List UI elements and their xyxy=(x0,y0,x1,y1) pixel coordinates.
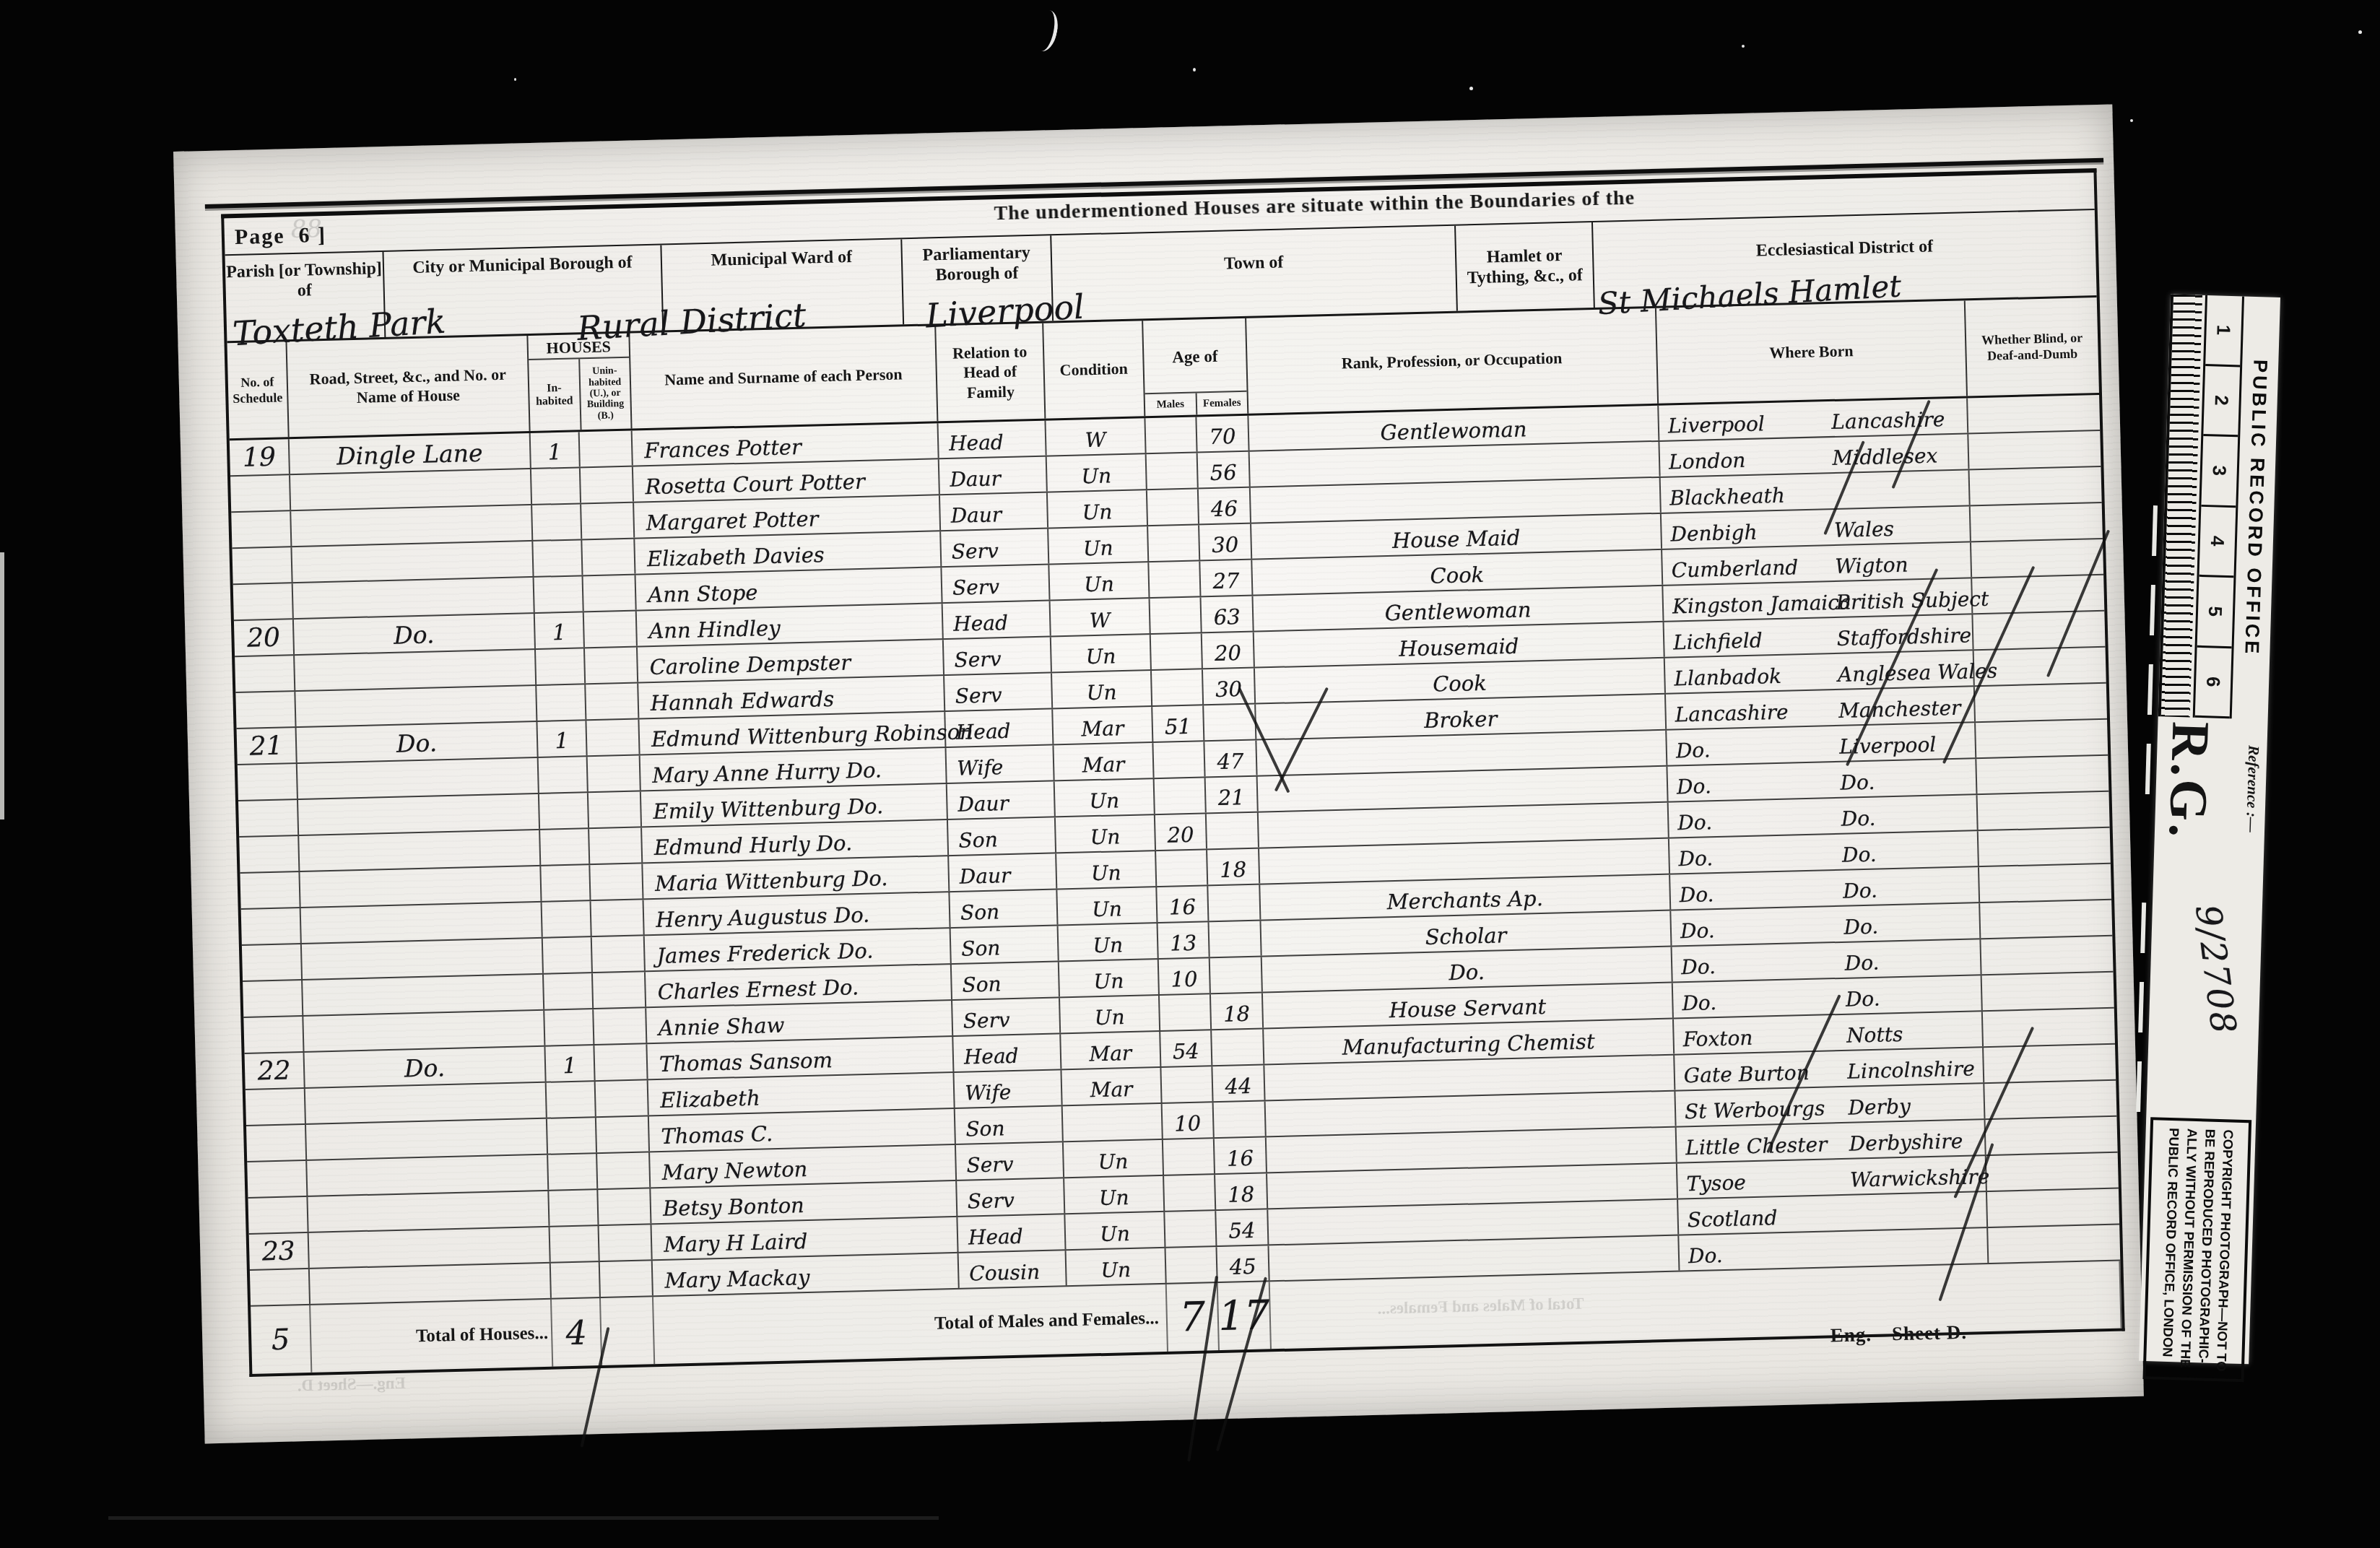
cell-uninhabited xyxy=(593,972,646,1008)
cell-road: Dingle Lane xyxy=(290,433,531,474)
cell-where-born: Liverpool Lancashire xyxy=(1659,398,1968,440)
parliamentary-borough-cell: Parliamentary Borough of Liverpool xyxy=(902,235,1054,324)
cell-condition: W xyxy=(1051,599,1151,635)
cell-schedule-number xyxy=(235,656,295,692)
cell-where-born: Little Chester Derbyshire xyxy=(1677,1120,1986,1162)
header-road: Road, Street, &c., and No. or Name of Ho… xyxy=(287,336,530,437)
born-place: Do. xyxy=(1681,955,1716,979)
cell-condition: Un xyxy=(1048,526,1149,563)
header-age-group: Age of Males Females xyxy=(1143,318,1248,416)
cell-name: Ann Hindley xyxy=(637,604,944,645)
born-place: Foxton xyxy=(1682,1026,1753,1051)
cell-inhabited xyxy=(537,684,586,721)
cell-schedule-number xyxy=(240,872,300,908)
cell-name: Hannah Edwards xyxy=(638,676,945,718)
cell-age-male xyxy=(1156,850,1208,886)
header-condition: Condition xyxy=(1043,321,1145,418)
cell-name: Mary H Laird xyxy=(652,1217,959,1259)
cell-blind-deaf xyxy=(1976,720,2108,757)
cell-blind-deaf xyxy=(1980,900,2112,938)
cell-road xyxy=(293,578,535,618)
born-place: Do. xyxy=(1688,1243,1724,1268)
city-label: City or Municipal Borough of xyxy=(383,245,661,279)
cell-where-born: Do. Do. xyxy=(1670,867,1980,909)
cell-relation: Daur xyxy=(939,457,1048,495)
cell-uninhabited xyxy=(597,1152,651,1188)
cell-age-female: 70 xyxy=(1196,416,1249,452)
cell-name: Elizabeth xyxy=(648,1073,955,1115)
cell-schedule-number: 21 xyxy=(237,728,297,764)
cell-name: Mary Anne Hurry Do. xyxy=(640,748,947,790)
cell-name: Edmund Wittenburg Robinson xyxy=(639,712,946,754)
census-form: Page 6 ] The undermentioned Houses are s… xyxy=(221,168,2125,1377)
cell-relation: Daur xyxy=(949,853,1057,891)
cell-age-male: 10 xyxy=(1159,958,1211,994)
sheet-note: Eng.—Sheet D. xyxy=(1830,1321,1967,1347)
cell-name: Maria Wittenburg Do. xyxy=(643,856,950,898)
cell-schedule-number: 19 xyxy=(230,439,290,475)
cell-blind-deaf xyxy=(1968,395,2100,432)
cell-schedule-number xyxy=(246,1089,306,1125)
cell-schedule-number xyxy=(242,944,303,980)
cell-condition: Mar xyxy=(1053,707,1153,744)
cell-where-born: Lichfield Staffordshire xyxy=(1664,614,1974,656)
cell-age-male xyxy=(1148,525,1200,561)
cell-blind-deaf xyxy=(1986,1153,2119,1191)
cell-where-born: Scotland xyxy=(1678,1192,1988,1234)
cell-schedule-number xyxy=(243,1017,304,1053)
born-county: Do. xyxy=(1843,915,1879,939)
cell-age-female: 63 xyxy=(1202,596,1254,632)
cell-schedule-number: 22 xyxy=(245,1053,305,1089)
born-county: Notts xyxy=(1846,1022,1903,1048)
cell-uninhabited xyxy=(582,539,635,575)
born-county: Staffordshire xyxy=(1836,623,1971,651)
dust-speck xyxy=(2130,119,2133,122)
hamlet-label: Hamlet or Tything, &c., of xyxy=(1456,222,1593,289)
cell-blind-deaf xyxy=(1987,1189,2119,1227)
born-place: Do. xyxy=(1678,846,1714,871)
cell-where-born: Do. Do. xyxy=(1673,975,1983,1017)
cell-condition: Un xyxy=(1056,851,1157,888)
cell-where-born: Do. Do. xyxy=(1671,903,1981,945)
cell-age-female: 18 xyxy=(1207,849,1260,885)
ruler-number: 3 xyxy=(2201,436,2238,508)
cell-relation: Daur xyxy=(940,493,1048,531)
cell-relation: Serv xyxy=(941,529,1049,567)
cell-condition: Mar xyxy=(1061,1068,1162,1105)
cell-age-female: 18 xyxy=(1211,993,1264,1029)
total-houses-label: Total of Houses... xyxy=(310,1300,553,1373)
born-county: Do. xyxy=(1844,951,1880,975)
cell-age-female: 20 xyxy=(1202,632,1255,669)
header-inhabited: In-habited xyxy=(529,359,581,431)
born-place: Scotland xyxy=(1687,1206,1777,1232)
cell-relation: Son xyxy=(955,1106,1064,1144)
cell-age-male xyxy=(1147,453,1199,489)
cell-condition: W xyxy=(1046,418,1146,455)
cell-inhabited xyxy=(539,793,589,829)
cell-inhabited xyxy=(536,648,586,684)
cell-relation: Serv xyxy=(942,565,1050,603)
cell-road xyxy=(302,939,544,979)
born-county: Wales xyxy=(1834,517,1895,542)
cell-inhabited xyxy=(547,1118,597,1154)
cell-inhabited: 1 xyxy=(545,1045,595,1082)
total-houses-value: 4 xyxy=(552,1298,602,1367)
cell-road xyxy=(306,1119,548,1160)
cell-inhabited xyxy=(533,540,583,576)
cell-relation: Cousin xyxy=(959,1251,1067,1288)
cell-schedule-number xyxy=(230,475,291,511)
cell-condition: Un xyxy=(1064,1140,1164,1177)
cell-condition: Un xyxy=(1057,887,1158,924)
cell-inhabited xyxy=(548,1154,598,1190)
cell-relation: Daur xyxy=(947,781,1056,819)
cell-age-male xyxy=(1152,669,1204,705)
cell-name: Margaret Potter xyxy=(634,495,941,537)
cell-uninhabited xyxy=(598,1188,651,1225)
born-place: Denbigh xyxy=(1670,521,1758,547)
cell-name: Elizabeth Davies xyxy=(635,531,942,573)
piece-number: 9/2708 xyxy=(2187,903,2244,1038)
cell-name: Betsy Bonton xyxy=(651,1181,957,1223)
cell-road xyxy=(303,1011,545,1051)
cell-blind-deaf xyxy=(1968,431,2101,469)
born-county: British Subject xyxy=(1836,587,1989,614)
cell-schedule-number xyxy=(235,692,296,728)
cell-blind-deaf xyxy=(1979,828,2111,866)
cell-where-born: Do. xyxy=(1679,1228,1989,1270)
cell-uninhabited xyxy=(584,612,638,648)
born-place: Do. xyxy=(1680,918,1716,943)
cell-inhabited xyxy=(550,1226,600,1262)
cell-relation: Serv xyxy=(952,998,1061,1035)
born-place: St Werbourgs xyxy=(1685,1097,1825,1124)
born-place: Do. xyxy=(1682,991,1717,1015)
cell-schedule-number xyxy=(238,800,299,836)
film-edge-sliver xyxy=(0,552,4,819)
town-cell: Town of xyxy=(1051,226,1458,321)
cell-inhabited: 1 xyxy=(531,432,581,468)
cell-blind-deaf xyxy=(1978,792,2110,830)
dust-speck xyxy=(1193,68,1196,71)
cell-relation: Head xyxy=(943,601,1051,639)
cell-road xyxy=(297,758,539,799)
cell-age-male xyxy=(1151,633,1203,669)
cell-age-female xyxy=(1208,885,1261,921)
born-county: Do. xyxy=(1841,806,1876,831)
cell-age-male xyxy=(1145,417,1197,453)
cell-road xyxy=(298,794,540,835)
cell-schedule-number xyxy=(243,980,303,1017)
cell-road xyxy=(290,469,532,510)
cell-age-male xyxy=(1161,1066,1213,1103)
parish-label: Parish [or Township] of xyxy=(225,252,384,303)
strip-edge-line xyxy=(2145,505,2158,816)
cell-condition: Un xyxy=(1059,960,1160,996)
cell-inhabited xyxy=(534,576,584,612)
cell-condition: Un xyxy=(1065,1212,1165,1249)
strip-edge-line xyxy=(2136,903,2146,1119)
cell-inhabited xyxy=(543,937,593,973)
born-place: Do. xyxy=(1677,774,1712,799)
cell-road xyxy=(309,1227,551,1268)
header-age: Age of xyxy=(1143,318,1246,393)
cell-blind-deaf xyxy=(1986,1117,2118,1155)
born-county: Warwickshire xyxy=(1850,1165,1990,1192)
cell-relation: Head xyxy=(957,1214,1066,1252)
cell-age-male: 16 xyxy=(1157,886,1209,922)
cell-age-male xyxy=(1147,489,1199,525)
cell-condition: Un xyxy=(1049,562,1150,599)
cell-road xyxy=(301,903,543,943)
reference-section: Reference :— R.G. 9/2708 xyxy=(2146,716,2267,1120)
cell-uninhabited xyxy=(585,647,638,683)
cell-inhabited xyxy=(539,757,589,793)
cell-age-female: 54 xyxy=(1216,1209,1269,1245)
table-body: 19 Dingle Lane 1 Frances Potter Head W 7… xyxy=(230,395,2121,1307)
cell-where-born: Do. Do. xyxy=(1669,795,1979,837)
cell-name: Mary Newton xyxy=(650,1145,957,1187)
town-label: Town of xyxy=(1051,226,1455,279)
cell-age-male xyxy=(1150,597,1202,633)
cell-age-male: 10 xyxy=(1163,1103,1215,1139)
cell-where-born: Do. Do. xyxy=(1669,831,1979,873)
born-place: Little Chester xyxy=(1685,1132,1828,1160)
cell-blind-deaf xyxy=(1976,756,2108,793)
ruler-number: 5 xyxy=(2197,577,2234,648)
dust-speck xyxy=(514,78,516,81)
cell-condition: Un xyxy=(1047,454,1147,491)
cell-relation: Son xyxy=(951,926,1059,963)
cell-road xyxy=(307,1155,549,1196)
header-blind-deaf: Whether Blind, or Deaf-and-Dumb xyxy=(1966,297,2099,396)
cell-age-female: 46 xyxy=(1199,488,1251,524)
cell-age-female xyxy=(1207,813,1259,849)
cell-schedule-number xyxy=(232,547,292,583)
cell-age-male: 54 xyxy=(1160,1030,1212,1066)
cell-schedule-number xyxy=(248,1197,308,1233)
cell-blind-deaf xyxy=(1970,467,2102,505)
reference-label: Reference :— xyxy=(2242,745,2263,832)
cell-road: Do. xyxy=(297,722,539,762)
cell-inhabited xyxy=(540,829,590,865)
cell-condition: Un xyxy=(1067,1248,1167,1285)
cell-road xyxy=(292,542,534,582)
cell-uninhabited xyxy=(583,575,637,612)
born-county: Do. xyxy=(1846,987,1881,1012)
cell-uninhabited xyxy=(589,791,642,827)
cell-schedule-number xyxy=(231,511,292,547)
cell-condition: Un xyxy=(1055,779,1155,816)
cell-age-female: 18 xyxy=(1215,1173,1268,1209)
cell-inhabited: 1 xyxy=(535,612,585,648)
cell-uninhabited xyxy=(590,864,643,900)
cell-schedule-number: 23 xyxy=(249,1233,310,1269)
cell-name: Edmund Hurly Do. xyxy=(642,820,949,862)
cell-age-male xyxy=(1149,561,1201,597)
born-county: Wigton xyxy=(1835,552,1908,578)
bleed-through-sheet-note: Eng.—Sheet D. xyxy=(297,1374,406,1396)
cell-where-born: Do. Do. xyxy=(1672,939,1982,981)
cell-inhabited xyxy=(551,1262,601,1298)
born-county: Derby xyxy=(1848,1095,1911,1120)
header-uninhabited: Unin-habited (U.), or Building (B.) xyxy=(580,357,631,430)
cell-name: Caroline Dempster xyxy=(638,640,944,682)
cell-inhabited xyxy=(542,901,592,937)
born-county: Liverpool xyxy=(1839,733,1937,759)
cell-age-male xyxy=(1155,778,1207,814)
born-place: Do. xyxy=(1675,738,1711,762)
cell-inhabited xyxy=(549,1190,599,1226)
born-county: Do. xyxy=(1842,843,1877,867)
cell-road xyxy=(305,1083,547,1123)
ruler-section: PUBLIC RECORD OFFICE 1 2 3 4 5 6 xyxy=(2158,294,2280,719)
cell-schedule-number xyxy=(233,583,294,619)
cell-where-born: Do. Do. xyxy=(1667,759,1977,801)
cell-age-female xyxy=(1209,921,1262,957)
parish-cell: Parish [or Township] of Toxteth Park xyxy=(225,252,386,341)
born-place: Tysoe xyxy=(1686,1170,1746,1196)
dust-speck xyxy=(2358,30,2362,34)
cell-name: Emily Wittenburg Do. xyxy=(641,784,948,826)
cell-age-female: 27 xyxy=(1200,560,1253,596)
cell-relation: Son xyxy=(948,817,1056,855)
born-county: Do. xyxy=(1843,879,1878,903)
cell-age-male xyxy=(1160,994,1212,1030)
born-county: Anglesea Wales xyxy=(1838,659,1998,687)
cell-where-born: Cumberland Wigton xyxy=(1662,542,1972,584)
cell-relation: Wife xyxy=(954,1070,1062,1108)
cell-name: Charles Ernest Do. xyxy=(646,965,952,1006)
cell-uninhabited xyxy=(581,467,634,503)
cell-uninhabited xyxy=(588,755,641,791)
cell-name: Henry Augustus Do. xyxy=(644,892,951,934)
cell-schedule-number xyxy=(239,836,300,872)
cell-age-female: 44 xyxy=(1212,1065,1265,1101)
cell-condition: Mar xyxy=(1061,1032,1161,1069)
cell-road xyxy=(310,1264,552,1304)
cell-where-born: Llanbadok Anglesea Wales xyxy=(1665,651,1975,692)
header-females: Females xyxy=(1196,392,1247,415)
cell-age-female xyxy=(1212,1029,1264,1065)
cell-inhabited xyxy=(544,1009,594,1045)
cell-age-male xyxy=(1166,1247,1218,1283)
born-place: Liverpool xyxy=(1668,412,1766,438)
cell-condition: Un xyxy=(1052,671,1152,708)
cell-condition: Un xyxy=(1048,490,1148,527)
header-males: Males xyxy=(1145,393,1197,416)
cell-uninhabited xyxy=(596,1116,650,1152)
born-county: Do. xyxy=(1840,770,1875,795)
cell-name: Frances Potter xyxy=(633,423,939,465)
cell-name: Ann Stope xyxy=(636,568,943,609)
born-place: Kingston Jamaica xyxy=(1672,590,1851,618)
cell-inhabited xyxy=(541,865,591,901)
cell-name: Annie Shaw xyxy=(646,1001,953,1043)
cell-inhabited xyxy=(544,973,594,1009)
cell-age-female: 30 xyxy=(1203,669,1256,705)
cell-road xyxy=(308,1191,550,1232)
cell-uninhabited xyxy=(591,900,645,936)
born-county: Derbyshire xyxy=(1849,1129,1963,1156)
cell-uninhabited xyxy=(592,936,646,972)
cell-age-female: 56 xyxy=(1198,452,1251,488)
cell-age-male xyxy=(1153,742,1205,778)
cell-blind-deaf xyxy=(1975,684,2107,721)
total-males-females-label: Total of Males and Females... xyxy=(653,1284,1168,1364)
cell-age-male xyxy=(1163,1139,1215,1175)
cell-uninhabited xyxy=(589,827,643,864)
cell-inhabited xyxy=(547,1082,596,1118)
cell-blind-deaf xyxy=(1972,575,2104,613)
born-place: Gate Burton xyxy=(1683,1061,1810,1087)
hamlet-cell: Hamlet or Tything, &c., of xyxy=(1456,222,1595,311)
cell-road: Do. xyxy=(305,1047,547,1087)
cell-condition: Mar xyxy=(1054,743,1154,780)
cell-road xyxy=(300,866,542,907)
born-place: Do. xyxy=(1677,810,1713,835)
cell-uninhabited xyxy=(580,431,633,467)
cell-schedule-number xyxy=(250,1269,310,1305)
cell-relation: Wife xyxy=(947,745,1055,783)
born-county: Lancashire xyxy=(1831,407,1945,434)
cell-blind-deaf xyxy=(1982,973,2114,1010)
cell-uninhabited xyxy=(586,719,640,755)
born-county: Manchester xyxy=(1838,696,1961,723)
cell-blind-deaf xyxy=(1973,612,2105,649)
public-record-office-strip: PUBLIC RECORD OFFICE 1 2 3 4 5 6 Referen… xyxy=(2139,294,2280,1364)
ruler-number: 2 xyxy=(2203,365,2240,437)
ward-label: Municipal Ward of xyxy=(661,239,901,272)
born-place: London xyxy=(1669,448,1746,474)
cell-condition: Un xyxy=(1051,635,1152,671)
header-houses-group: HOUSES In-habited Unin-habited (U.), or … xyxy=(528,334,632,431)
cell-age-female: 21 xyxy=(1206,777,1259,813)
cell-where-born: London Middlesex xyxy=(1659,434,1969,476)
header-occupation: Rank, Profession, or Occupation xyxy=(1246,308,1659,414)
cell-uninhabited xyxy=(596,1080,649,1116)
copyright-box: COPYRIGHT PHOTOGRAPH—NOT TO BE REPRODUCE… xyxy=(2142,1117,2251,1382)
cell-condition: Un xyxy=(1056,815,1156,852)
cell-inhabited: 1 xyxy=(537,721,587,757)
cell-inhabited xyxy=(532,504,582,540)
cell-condition: Un xyxy=(1059,923,1159,960)
cell-age-female: 30 xyxy=(1199,524,1252,560)
cell-relation: Head xyxy=(939,421,1047,458)
dust-speck xyxy=(1742,45,1745,48)
cell-blind-deaf xyxy=(1971,503,2103,541)
ward-cell: Municipal Ward of Rural District xyxy=(661,239,904,330)
cell-blind-deaf xyxy=(1981,936,2113,974)
cell-road xyxy=(295,686,537,726)
cell-where-born: Gate Burton Lincolnshire xyxy=(1675,1048,1984,1090)
film-scratch-curve xyxy=(1033,9,1061,53)
cell-age-female: 16 xyxy=(1215,1137,1267,1173)
born-place: Blackheath xyxy=(1669,484,1785,510)
parliamentary-borough-label: Parliamentary Borough of xyxy=(902,235,1051,286)
series-code: R.G. xyxy=(2156,721,2221,840)
dust-speck xyxy=(1469,87,1473,90)
cell-relation: Son xyxy=(952,962,1060,999)
cell-inhabited xyxy=(531,468,581,504)
cell-where-born: Do. Liverpool xyxy=(1667,723,1976,765)
cell-uninhabited xyxy=(581,503,635,539)
cell-condition xyxy=(1063,1104,1163,1141)
cell-name: James Frederick Do. xyxy=(645,929,952,970)
margin-tally: 5 xyxy=(251,1305,312,1374)
